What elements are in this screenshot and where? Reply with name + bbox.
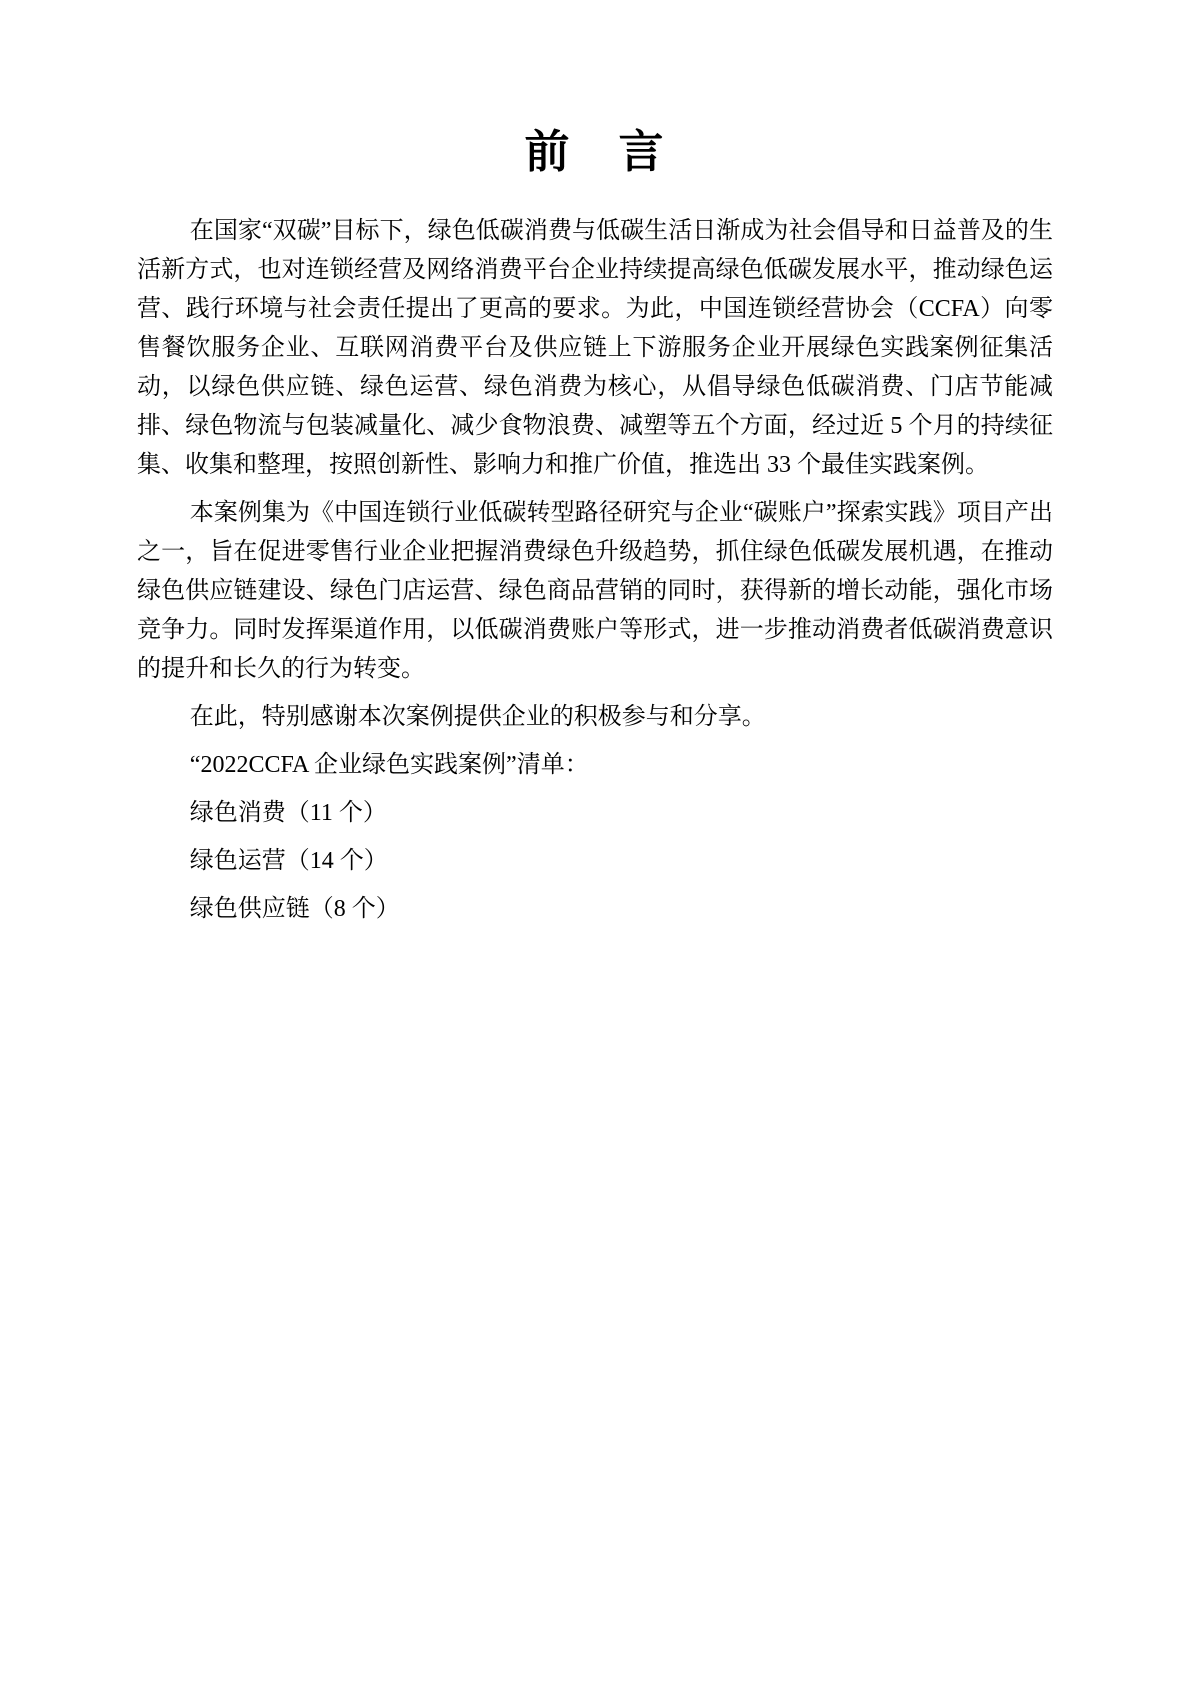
intro-paragraph: 在国家“双碳”目标下，绿色低碳消费与低碳生活日渐成为社会倡导和日益普及的生活新方… [137, 212, 1053, 485]
case-list-heading: “2022CCFA 企业绿色实践案例”清单： [137, 746, 1053, 785]
case-list-item-green-operation: 绿色运营（14 个） [137, 842, 1053, 881]
case-list-item-green-consumption: 绿色消费（11 个） [137, 794, 1053, 833]
thanks-paragraph: 在此，特别感谢本次案例提供企业的积极参与和分享。 [137, 698, 1053, 737]
page-title: 前 言 [137, 126, 1053, 178]
document-page: 前 言 在国家“双碳”目标下，绿色低碳消费与低碳生活日渐成为社会倡导和日益普及的… [0, 0, 1190, 1685]
case-list-item-green-supply-chain: 绿色供应链（8 个） [137, 890, 1053, 929]
project-paragraph: 本案例集为《中国连锁行业低碳转型路径研究与企业“碳账户”探索实践》项目产出之一，… [137, 494, 1053, 689]
